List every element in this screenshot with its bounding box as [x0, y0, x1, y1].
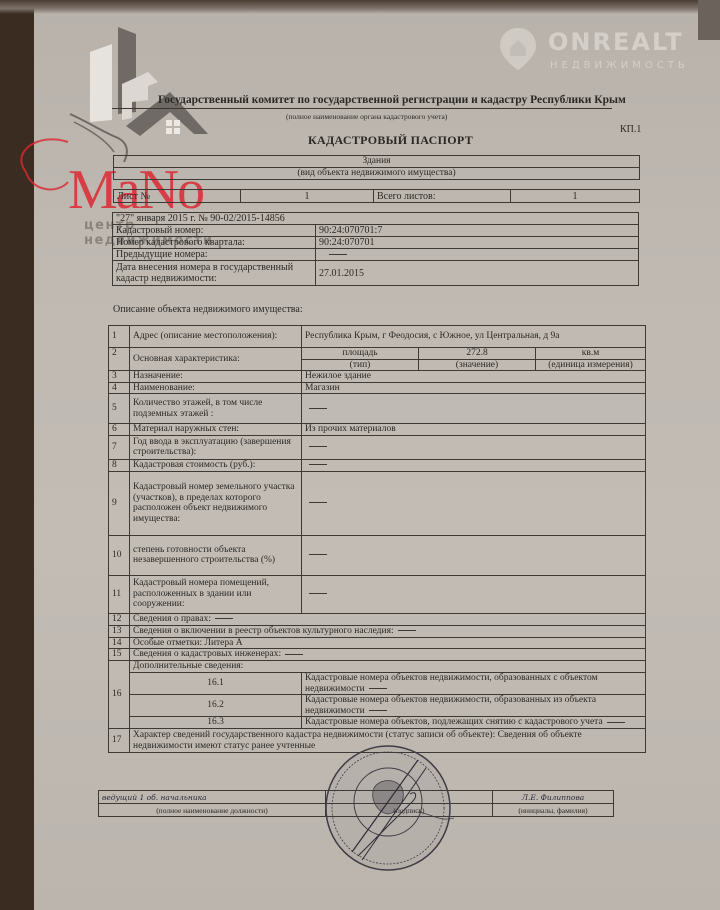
handwritten-position: ведущий 1 об. начальника [99, 791, 326, 804]
row-label: Основная характеристика: [130, 348, 302, 371]
form-code: КП.1 [620, 124, 641, 135]
object-kind-table: Здания (вид объекта недвижимого имуществ… [113, 155, 640, 180]
row-number: 7 [109, 435, 130, 459]
quarter-number: 90:24:070701 [316, 237, 639, 249]
row-label: Кадастровый номер земельного участка (уч… [130, 471, 302, 535]
reg-label: Кадастровый номер: [113, 225, 316, 237]
area-value: 272.8 [419, 348, 536, 360]
registration-table: "27" января 2015 г. № 90-02/2015-14856 К… [112, 212, 639, 286]
special-marks: Особые отметки: Литера А [130, 637, 646, 649]
area-value-caption: (значение) [419, 359, 536, 371]
heritage-info: Сведения о включении в реестр объектов к… [130, 625, 646, 637]
row-number: 4 [109, 382, 130, 394]
paper-edge [0, 0, 720, 14]
authority-name: Государственный комитет по государственн… [158, 94, 626, 106]
row-number: 12 [109, 613, 130, 625]
area-type-caption: (тип) [302, 359, 419, 371]
authority-underline [112, 108, 612, 109]
floors-value [302, 394, 646, 424]
row-number: 1 [109, 326, 130, 348]
row-label: Сведения о кадастровых инженерах: [133, 649, 281, 659]
engineers-info: Сведения о кадастровых инженерах: [130, 649, 646, 661]
row-number: 8 [109, 459, 130, 471]
row-number: 2 [109, 348, 130, 371]
row-label: степень готовности объекта незавершенног… [130, 535, 302, 575]
row-number: 10 [109, 535, 130, 575]
sub-row-number: 16.3 [130, 717, 302, 729]
reg-label: Дата внесения номера в государственный к… [113, 261, 316, 286]
sub-row-label: Кадастровые номера объектов недвижимости… [305, 673, 598, 694]
sub-row-label: Кадастровые номера объектов недвижимости… [305, 695, 596, 716]
cadastral-value-value [302, 459, 646, 471]
total-sheets-label: Всего листов: [374, 190, 511, 203]
sub-row-number: 16.2 [130, 695, 302, 717]
row-label: Наименование: [130, 382, 302, 394]
total-sheets-value: 1 [511, 190, 640, 203]
sheet-value: 1 [241, 190, 374, 203]
authority-caption: (полное наименование органа кадастрового… [286, 112, 447, 121]
description-table: 1 Адрес (описание местоположения): Респу… [108, 325, 646, 753]
sub-row-text: Кадастровые номера объектов, подлежащих … [302, 717, 646, 729]
row-number: 17 [109, 729, 130, 753]
position-caption: (полное наименование должности) [99, 804, 326, 817]
purpose-value: Нежилое здание [302, 371, 646, 383]
row-label: Кадастровая стоимость (руб.): [130, 459, 302, 471]
row-label: Адрес (описание местоположения): [130, 326, 302, 348]
name-caption: (инициалы, фамилия) [493, 804, 614, 817]
registration-date: 27.01.2015 [316, 261, 639, 286]
row-number: 5 [109, 394, 130, 424]
row-number: 3 [109, 371, 130, 383]
row-number: 14 [109, 637, 130, 649]
address-value: Республика Крым, г Феодосия, с Южное, ул… [302, 326, 646, 348]
completion-value [302, 535, 646, 575]
sub-row-text: Кадастровые номера объектов недвижимости… [302, 695, 646, 717]
official-stamp-icon [322, 742, 454, 874]
description-caption: Описание объекта недвижимого имущества: [113, 304, 303, 315]
row-label: Назначение: [130, 371, 302, 383]
sheet-table: Лист № 1 Всего листов: 1 [113, 189, 640, 203]
land-plot-value [302, 471, 646, 535]
row-number: 6 [109, 424, 130, 436]
sub-row-number: 16.1 [130, 673, 302, 695]
sub-row-text: Кадастровые номера объектов недвижимости… [302, 673, 646, 695]
row-number: 9 [109, 471, 130, 535]
commission-year-value [302, 435, 646, 459]
row-number: 13 [109, 625, 130, 637]
sub-row-label: Кадастровые номера объектов, подлежащих … [305, 717, 603, 727]
wall-material-value: Из прочих материалов [302, 424, 646, 436]
row-label: Материал наружных стен: [130, 424, 302, 436]
row-label: Год ввода в эксплуатацию (завершения стр… [130, 435, 302, 459]
row-number: 15 [109, 649, 130, 661]
handwritten-name: Л.Е. Филиппова [493, 791, 614, 804]
cadastral-number: 90:24:070701:7 [316, 225, 639, 237]
area-unit: кв.м [536, 348, 646, 360]
reg-label: Предыдущие номера: [113, 249, 316, 261]
row-label: Сведения о включении в реестр объектов к… [133, 626, 394, 636]
document-title: КАДАСТРОВЫЙ ПАСПОРТ [308, 133, 473, 148]
object-kind-value: Здания [114, 156, 640, 168]
sheet-label: Лист № [114, 190, 241, 203]
onrealt-brand-subtitle: НЕДВИЖИМОСТЬ [550, 60, 689, 71]
row-label: Количество этажей, в том числе подземных… [130, 394, 302, 424]
onrealt-watermark-logo: ONREALT НЕДВИЖИМОСТЬ [498, 26, 708, 76]
object-kind-caption: (вид объекта недвижимого имущества) [114, 168, 640, 180]
row-label: Кадастровый номера помещений, расположен… [130, 575, 302, 613]
previous-numbers [316, 249, 639, 261]
onrealt-brand-text: ONREALT [548, 28, 684, 56]
map-pin-icon [498, 26, 538, 72]
reg-label: Номер кадастрового квартала: [113, 237, 316, 249]
registration-header: "27" января 2015 г. № 90-02/2015-14856 [113, 213, 639, 225]
name-value: Магазин [302, 382, 646, 394]
row-number: 16 [109, 661, 130, 729]
area-unit-caption: (единица измерения) [536, 359, 646, 371]
premises-value [302, 575, 646, 613]
additional-info-label: Дополнительные сведения: [130, 661, 646, 673]
area-type: площадь [302, 348, 419, 360]
row-label: Сведения о правах: [133, 614, 211, 624]
row-number: 11 [109, 575, 130, 613]
rights-info: Сведения о правах: [130, 613, 646, 625]
